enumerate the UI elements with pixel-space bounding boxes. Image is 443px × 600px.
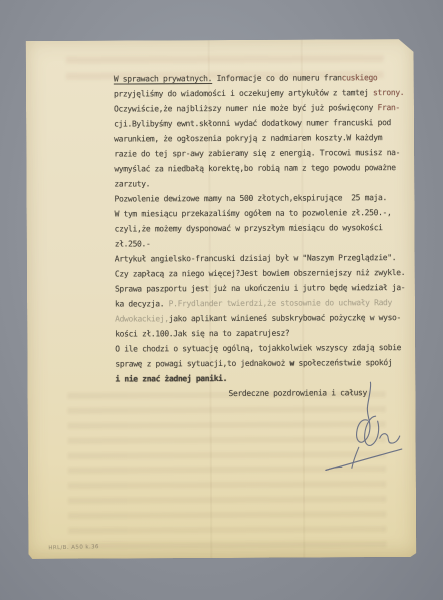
letter-text-segment: kości zł.100.Jak się na to zapatrujesz? <box>115 329 289 339</box>
letter-line: ka decyzja. P.Frydlander twierdzi,że sto… <box>115 295 417 312</box>
letter-text-segment: sprawę z powagi sytuacji,to jednakowoż <box>115 359 289 369</box>
letter-line: Sprawa paszportu jest już na ukończeniu … <box>115 280 417 297</box>
letter-text-segment: Czy zapłacą za niego więcej?Jest bowiem … <box>115 268 405 279</box>
letter-text-segment: zł.250.- <box>115 239 151 248</box>
letter-text-segment: cuskiego <box>342 73 378 82</box>
letter-text-segment: Adwokackiej, <box>115 314 169 323</box>
letter-text-segment: W tym miesiącu przekazaliśmy ogółem na t… <box>115 208 392 218</box>
letter-page: W sprawach prywatnych. Informacje co do … <box>26 39 417 559</box>
letter-text-segment: O ile chodzi o sytuację ogólną, tojakkol… <box>115 343 401 353</box>
letter-text-segment: W sprawach prywatnych. <box>114 74 212 84</box>
letter-line: Artykuł angielsko-francuski dzisiaj był … <box>115 250 417 267</box>
letter-text-segment: społeczeństwie spokój <box>294 358 392 368</box>
letter-line: Pozwolenie dewizowe mamy na 500 złotych,… <box>114 190 416 207</box>
letter-line: zarzuty. <box>114 175 416 192</box>
handwritten-signature <box>295 372 414 488</box>
letter-line: W sprawach prywatnych. Informacje co do … <box>114 70 416 87</box>
letter-line: Czy zapłacą za niego więcej?Jest bowiem … <box>115 265 417 282</box>
letter-text-segment: czyli,że możemy dysponować w przyszłym m… <box>115 223 383 233</box>
letter-line: cji.Bylibyśmy ewnt.skłonni wydać dodatko… <box>114 115 416 132</box>
letter-line: O ile chodzi o sytuację ogólną, tojakkol… <box>115 340 417 357</box>
letter-text-segment: Fran- <box>378 103 400 112</box>
letter-text-segment: Oczywiście,że najbliższy numer nie może … <box>114 103 378 113</box>
letter-text-segment: Sprawa paszportu jest już na ukończeniu … <box>115 283 405 294</box>
letter-line: warunkiem, że ogłoszenia pokryją z nadmi… <box>114 130 416 147</box>
letter-text-segment: strony. <box>373 88 404 97</box>
letter-text-segment: zarzuty. <box>114 179 150 188</box>
letter-line: razie do tej spr-awy zabieramy się z ene… <box>114 145 416 162</box>
letter-text-segment: Pozwolenie dewizowe mamy na 500 złotych,… <box>114 193 386 203</box>
letter-text-segment: wymyślać za niedbałą korektę,bo robią na… <box>114 163 395 173</box>
letter-text-segment: jako aplikant winieneś subskrybować poży… <box>169 313 401 323</box>
letter-text-segment: przyjęliśmy do wiadomości i oczekujemy a… <box>114 88 373 98</box>
letter-text-segment: Artykuł angielsko-francuski dzisiaj był … <box>115 253 396 263</box>
letter-line: kości zł.100.Jak się na to zapatrujesz? <box>115 325 417 342</box>
letter-text-segment: warunkiem, że ogłoszenia pokryją z nadmi… <box>114 133 382 143</box>
letter-line: czyli,że możemy dysponować w przyszłym m… <box>115 220 417 237</box>
letter-line: Adwokackiej,jako aplikant winieneś subsk… <box>115 310 417 327</box>
letter-text-segment: i nie znać żadnej paniki. <box>115 374 227 384</box>
letter-line: wymyślać za niedbałą korektę,bo robią na… <box>114 160 416 177</box>
letter-line: sprawę z powagi sytuacji,to jednakowoż w… <box>115 355 417 372</box>
letter-text-segment: P.Frydlander twierdzi,że stosownie do uc… <box>169 298 392 308</box>
letter-text-segment: ka decyzja. <box>115 299 169 308</box>
letter-line: W tym miesiącu przekazaliśmy ogółem na t… <box>115 205 417 222</box>
letter-text-segment: cji.Bylibyśmy ewnt.skłonni wydać dodatko… <box>114 118 391 128</box>
letter-body: W sprawach prywatnych. Informacje co do … <box>114 70 418 402</box>
letter-text-segment: Informacje co do numeru fran <box>212 73 342 83</box>
letter-text-segment: razie do tej spr-awy zabieramy się z ene… <box>114 148 400 158</box>
letter-line: Oczywiście,że najbliższy numer nie może … <box>114 100 416 117</box>
letter-line: zł.250.- <box>115 235 417 252</box>
letter-line: przyjęliśmy do wiadomości i oczekujemy a… <box>114 85 416 102</box>
archival-pencil-note: HRL/B. A50 k.36 <box>48 544 99 551</box>
